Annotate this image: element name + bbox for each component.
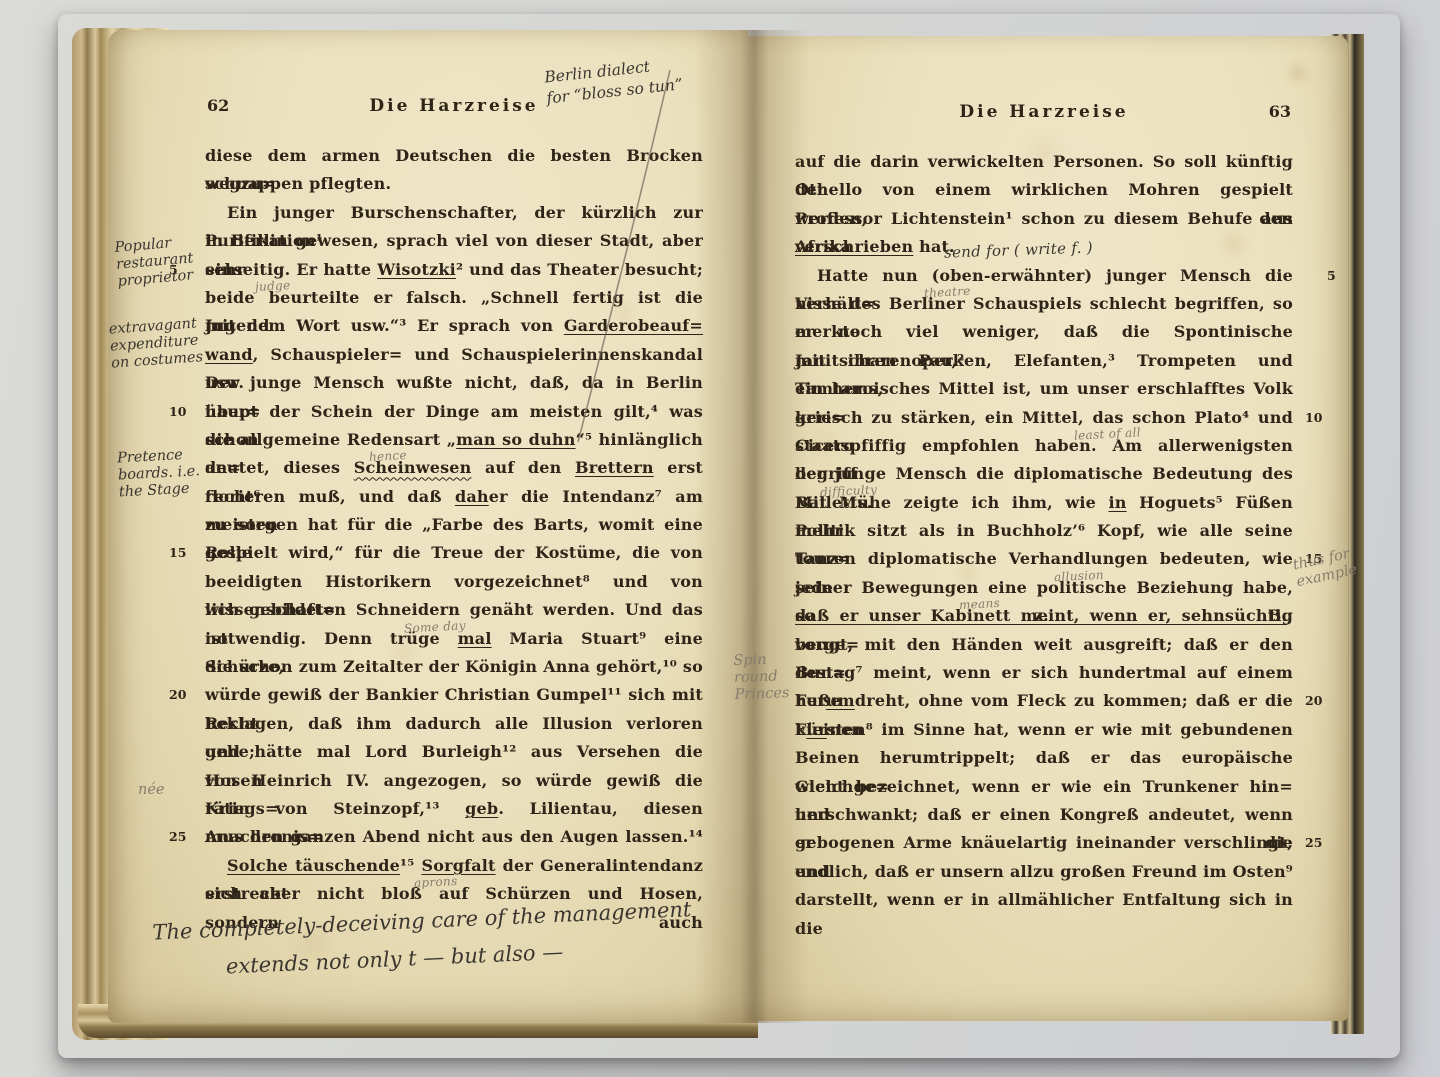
print-line: touren diplomatische Verhandlungen bedeu… (795, 545, 1293, 573)
page-header-right: Die Harzreise 63 (795, 102, 1293, 128)
line-number: 25 (1305, 829, 1333, 857)
line-number: 20 (1305, 687, 1333, 715)
print-line: darstellt, wenn er in allmählicher Entfa… (795, 886, 1293, 914)
print-line: deutet, dieses Scheinwesen auf den Brett… (205, 454, 703, 482)
print-text: deutet, dieses (205, 458, 354, 477)
print-line: und hätte mal Lord Burleigh¹² aus Verseh… (205, 738, 703, 766)
print-line: Der junge Mensch wußte nicht, daß, da in… (205, 369, 703, 397)
print-text: die allgemeine Redensart „ (205, 430, 456, 449)
line-number: 20 (169, 681, 195, 709)
print-line: die allgemeine Redensart „man so duhn“⁵ … (205, 426, 703, 454)
print-text: einseitig. Er hatte (205, 260, 377, 279)
print-line: gerisch zu stärken, ein Mittel, das scho… (795, 404, 1293, 432)
print-line: beklagen, daß ihm dadurch alle Illusion … (205, 710, 703, 738)
print-line: mit ihren Pauken, Elefanten,³ Trompeten … (795, 347, 1293, 375)
print-text: sten⁸ im Sinne hat, wenn er wie mit gebu… (827, 720, 1293, 739)
print-text: darstellt, wenn er in allmählicher Entfa… (795, 890, 1293, 937)
book-photo: 62 Die Harzreise Berlin dialectfor “blos… (0, 0, 1440, 1077)
print-line: beide beurteilte er falsch. „Schnell fer… (205, 284, 703, 312)
text-block-right: auf die darin verwickelten Personen. So … (795, 148, 1293, 915)
line-number: 5 (1305, 262, 1333, 290)
interlinear-annotation: Some day (403, 611, 466, 643)
print-line: ein heroisches Mittel ist, um unser ersc… (795, 375, 1293, 403)
print-line: Fürsten⁸ im Sinne hat, wenn er wie mit g… (795, 716, 1293, 744)
print-line: Professor Lichtenstein¹ schon zu diesem … (795, 205, 1293, 233)
print-line: nisse des Berliner Schauspiels schlecht … (795, 290, 1293, 318)
interlinear-annotation: hence (369, 441, 408, 471)
print-line: wand, Schauspieler= und Schauspielerinne… (205, 341, 703, 369)
print-line: beugt, mit den Händen weit ausgreift; da… (795, 631, 1293, 659)
underlined-text: Wisotzki (377, 260, 456, 279)
interlinear-annotation: difficulty (819, 475, 878, 506)
interlinear-annotation: aprons (413, 867, 458, 898)
print-line: Beinen herumtrippelt; daß er das europäi… (795, 744, 1293, 772)
underlined-text: um (826, 691, 855, 710)
underlined-text: Solche täuschende (227, 856, 400, 875)
underlined-text: dah (455, 487, 489, 506)
print-line: schnappen pflegten. (205, 170, 703, 198)
margin-annotation: Popular restaurant proprietor (114, 232, 210, 291)
print-line: gespielt wird,“ für die Treue der Kostüm… (205, 539, 703, 567)
print-line: notwendig. Denn trüge mal Maria Stuart⁹ … (205, 625, 703, 653)
print-line: Othello von einem wirklichen Mohren gesp… (795, 176, 1293, 204)
line-number: 10 (169, 398, 195, 426)
print-text: auf den (472, 458, 575, 477)
print-line: Politik sitzt als in Buchholz’⁶ Kopf, wi… (795, 517, 1293, 545)
interlinear-annotation: theatre (924, 277, 972, 308)
print-line: rätin von Steinzopf,¹³ geb. Lilientau, d… (205, 795, 703, 823)
running-title-right: Die Harzreise (795, 102, 1293, 122)
print-line: florieren muß, und daß daher die Intenda… (205, 483, 703, 511)
print-line: in Berlin gewesen, sprach viel von diese… (205, 227, 703, 255)
print-text: ² und das Theater besucht; (456, 260, 703, 279)
print-line: Mit Mühe zeigte ich ihm, wie in Hoguets⁵… (795, 489, 1293, 517)
print-line: auf die darin verwickelten Personen. So … (795, 148, 1293, 176)
print-line: verschrieben hat.send for ( write f. ) (795, 233, 1293, 261)
print-line: diese dem armen Deutschen die besten Bro… (205, 142, 703, 170)
line-number: 25 (169, 823, 195, 851)
print-line: daß er unser Kabinett meint, wenn er, se… (795, 602, 1293, 630)
underlined-text: Garderobeauf= (564, 316, 703, 335)
print-text: seiner Bewegungen eine politische Bezieh… (795, 578, 1293, 597)
line-number: 10 (1305, 404, 1333, 432)
print-text: mus den ganzen Abend nicht aus den Augen… (205, 827, 703, 846)
margin-annotation: née (138, 782, 198, 799)
print-line: wicht bezeichnet, wenn er wie ein Trunke… (795, 773, 1293, 801)
print-line: mit dem Wort usw.“³ Er sprach von Garder… (205, 312, 703, 340)
print-line: mus den ganzen Abend nicht aus den Augen… (205, 823, 703, 851)
interlinear-annotation: least of all (1073, 418, 1141, 450)
print-line: würde gewiß der Bankier Christian Gumpel… (205, 681, 703, 709)
book: 62 Die Harzreise Berlin dialectfor “blos… (58, 8, 1400, 1064)
print-line: gebogenen Arme knäuelartig ineinander ve… (795, 829, 1293, 857)
print-line: herschwankt; daß er einen Kongreß andeut… (795, 801, 1293, 829)
print-line: von Heinrich IV. angezogen, so würde gew… (205, 767, 703, 795)
print-line: haupt der Schein der Dinge am meisten gi… (205, 398, 703, 426)
page-62: 62 Die Harzreise Berlin dialectfor “blos… (108, 30, 748, 1023)
print-line: staatspfiffig empfohlen haben. Am allerw… (795, 432, 1293, 460)
margin-annotation: Spin round Princes (733, 651, 793, 704)
underlined-text: ür (806, 720, 826, 739)
print-text: gespielt wird,“ für die Treue der Kostüm… (205, 543, 703, 562)
print-line: er noch viel weniger, daß die Spontinisc… (795, 318, 1293, 346)
print-text: florieren muß, und daß (205, 487, 455, 506)
interlinear-annotation: allusion (1053, 561, 1104, 592)
print-line: beeidigten Historikern vorgezeichnet⁸ un… (205, 568, 703, 596)
underlined-text: man so duhn (456, 430, 575, 449)
page-number-63: 63 (1269, 102, 1291, 121)
print-text: F (795, 720, 806, 739)
print-line: die schon zum Zeitalter der Königin Anna… (205, 653, 703, 681)
print-text: die schon zum Zeitalter der Königin Anna… (205, 657, 703, 676)
underlined-text: Brettern (575, 458, 654, 477)
interlinear-annotation: means (959, 589, 1001, 620)
print-line: destag⁷ meint, wenn er sich hundertmal a… (795, 659, 1293, 687)
print-line: Hatte nun (oben-erwähnter) junger Mensch… (795, 262, 1293, 290)
margin-annotation: Pretence boards. i.e. the Stage (117, 446, 214, 502)
print-text: mit dem Wort usw.“³ Er sprach von (205, 316, 564, 335)
print-text: her (795, 691, 826, 710)
print-text: schnappen pflegten. (205, 174, 391, 193)
text-block-left: diese dem armen Deutschen die besten Bro… (205, 142, 703, 909)
print-line: Ein junger Burschenschafter, der kürzlic… (205, 199, 703, 227)
print-line: herumdreht, ohne vom Fleck zu kommen; da… (795, 687, 1293, 715)
interlinear-annotation: judge (254, 271, 291, 301)
print-line: endlich, daß er unsern allzu großen Freu… (795, 858, 1293, 886)
print-line: seiner Bewegungen eine politische Bezieh… (795, 574, 1293, 602)
print-text: rätin von Steinzopf,¹³ (205, 799, 465, 818)
line-number: 15 (169, 539, 195, 567)
print-text: endlich, daß er unsern allzu großen Freu… (795, 862, 1293, 881)
print-line: zu sorgen hat für die „Farbe des Barts, … (205, 511, 703, 539)
underlined-text: geb (465, 799, 498, 818)
underlined-text: in (1108, 493, 1126, 512)
underlined-text: verschrieben (795, 237, 913, 256)
page-63: Die Harzreise 63 auf die darin verwickel… (748, 36, 1348, 1021)
margin-annotation: extravagant expenditure on costumes (108, 314, 215, 372)
